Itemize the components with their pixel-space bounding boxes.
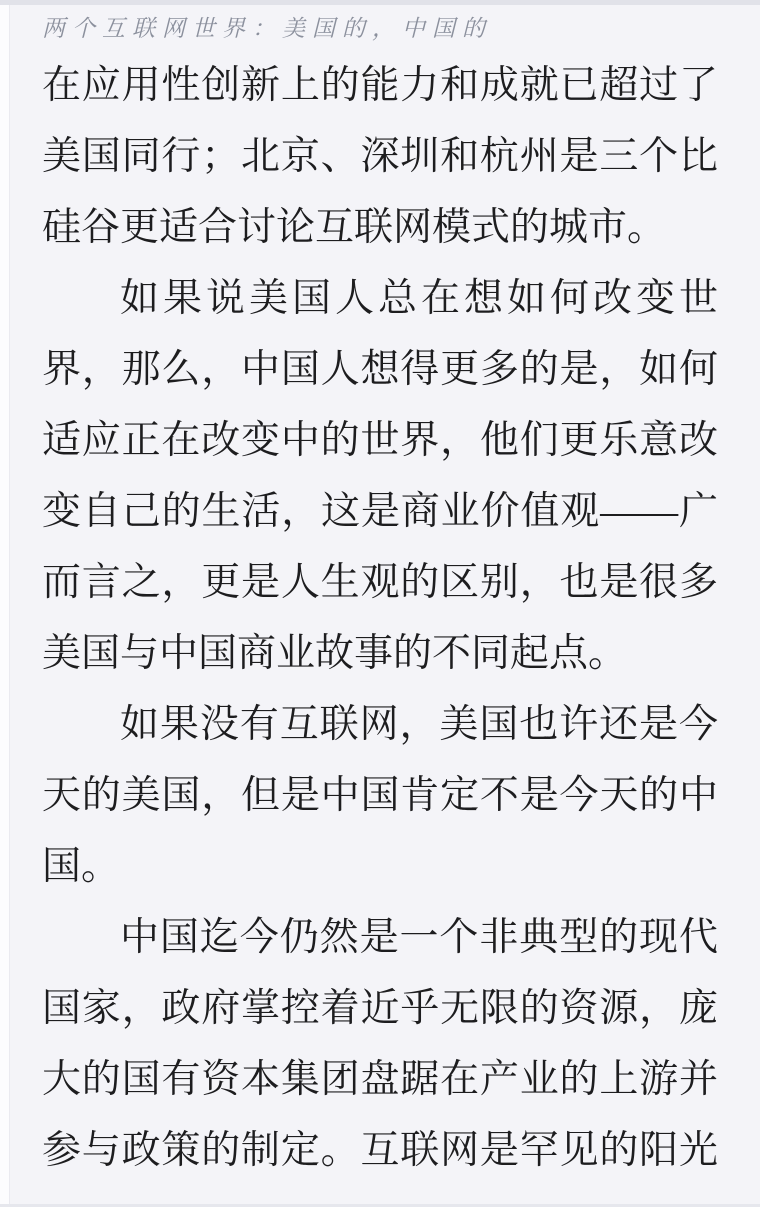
chapter-title-header: 两个互联网世界：美国的，中国的: [42, 13, 718, 45]
text-line: 而言之，更是人生观的区别，也是很多: [42, 547, 718, 618]
text-line: 如果说美国人总在想如何改变世: [42, 263, 718, 334]
text-line: 天的美国，但是中国肯定不是今天的中: [42, 760, 718, 831]
text-line: 参与政策的制定。互联网是罕见的阳光: [42, 1115, 718, 1186]
page-top-edge: [0, 0, 760, 5]
page-text-body: 在应用性创新上的能力和成就已超过了美国同行；北京、深圳和杭州是三个比硅谷更适合讨…: [42, 50, 718, 1186]
text-line: 国。: [42, 831, 718, 902]
text-line: 界，那么，中国人想得更多的是，如何: [42, 334, 718, 405]
page-left-edge: [0, 0, 10, 1207]
text-line: 在应用性创新上的能力和成就已超过了: [42, 50, 718, 121]
text-line: 中国迄今仍然是一个非典型的现代: [42, 902, 718, 973]
text-line: 适应正在改变中的世界，他们更乐意改: [42, 405, 718, 476]
text-line: 硅谷更适合讨论互联网模式的城市。: [42, 192, 718, 263]
text-line: 国家，政府掌控着近乎无限的资源，庞: [42, 973, 718, 1044]
text-line: 变自己的生活，这是商业价值观——广: [42, 476, 718, 547]
text-line: 美国与中国商业故事的不同起点。: [42, 618, 718, 689]
text-line: 大的国有资本集团盘踞在产业的上游并: [42, 1044, 718, 1115]
text-line: 如果没有互联网，美国也许还是今: [42, 689, 718, 760]
text-line: 美国同行；北京、深圳和杭州是三个比: [42, 121, 718, 192]
reader-page[interactable]: 两个互联网世界：美国的，中国的 在应用性创新上的能力和成就已超过了美国同行；北京…: [0, 0, 760, 1207]
